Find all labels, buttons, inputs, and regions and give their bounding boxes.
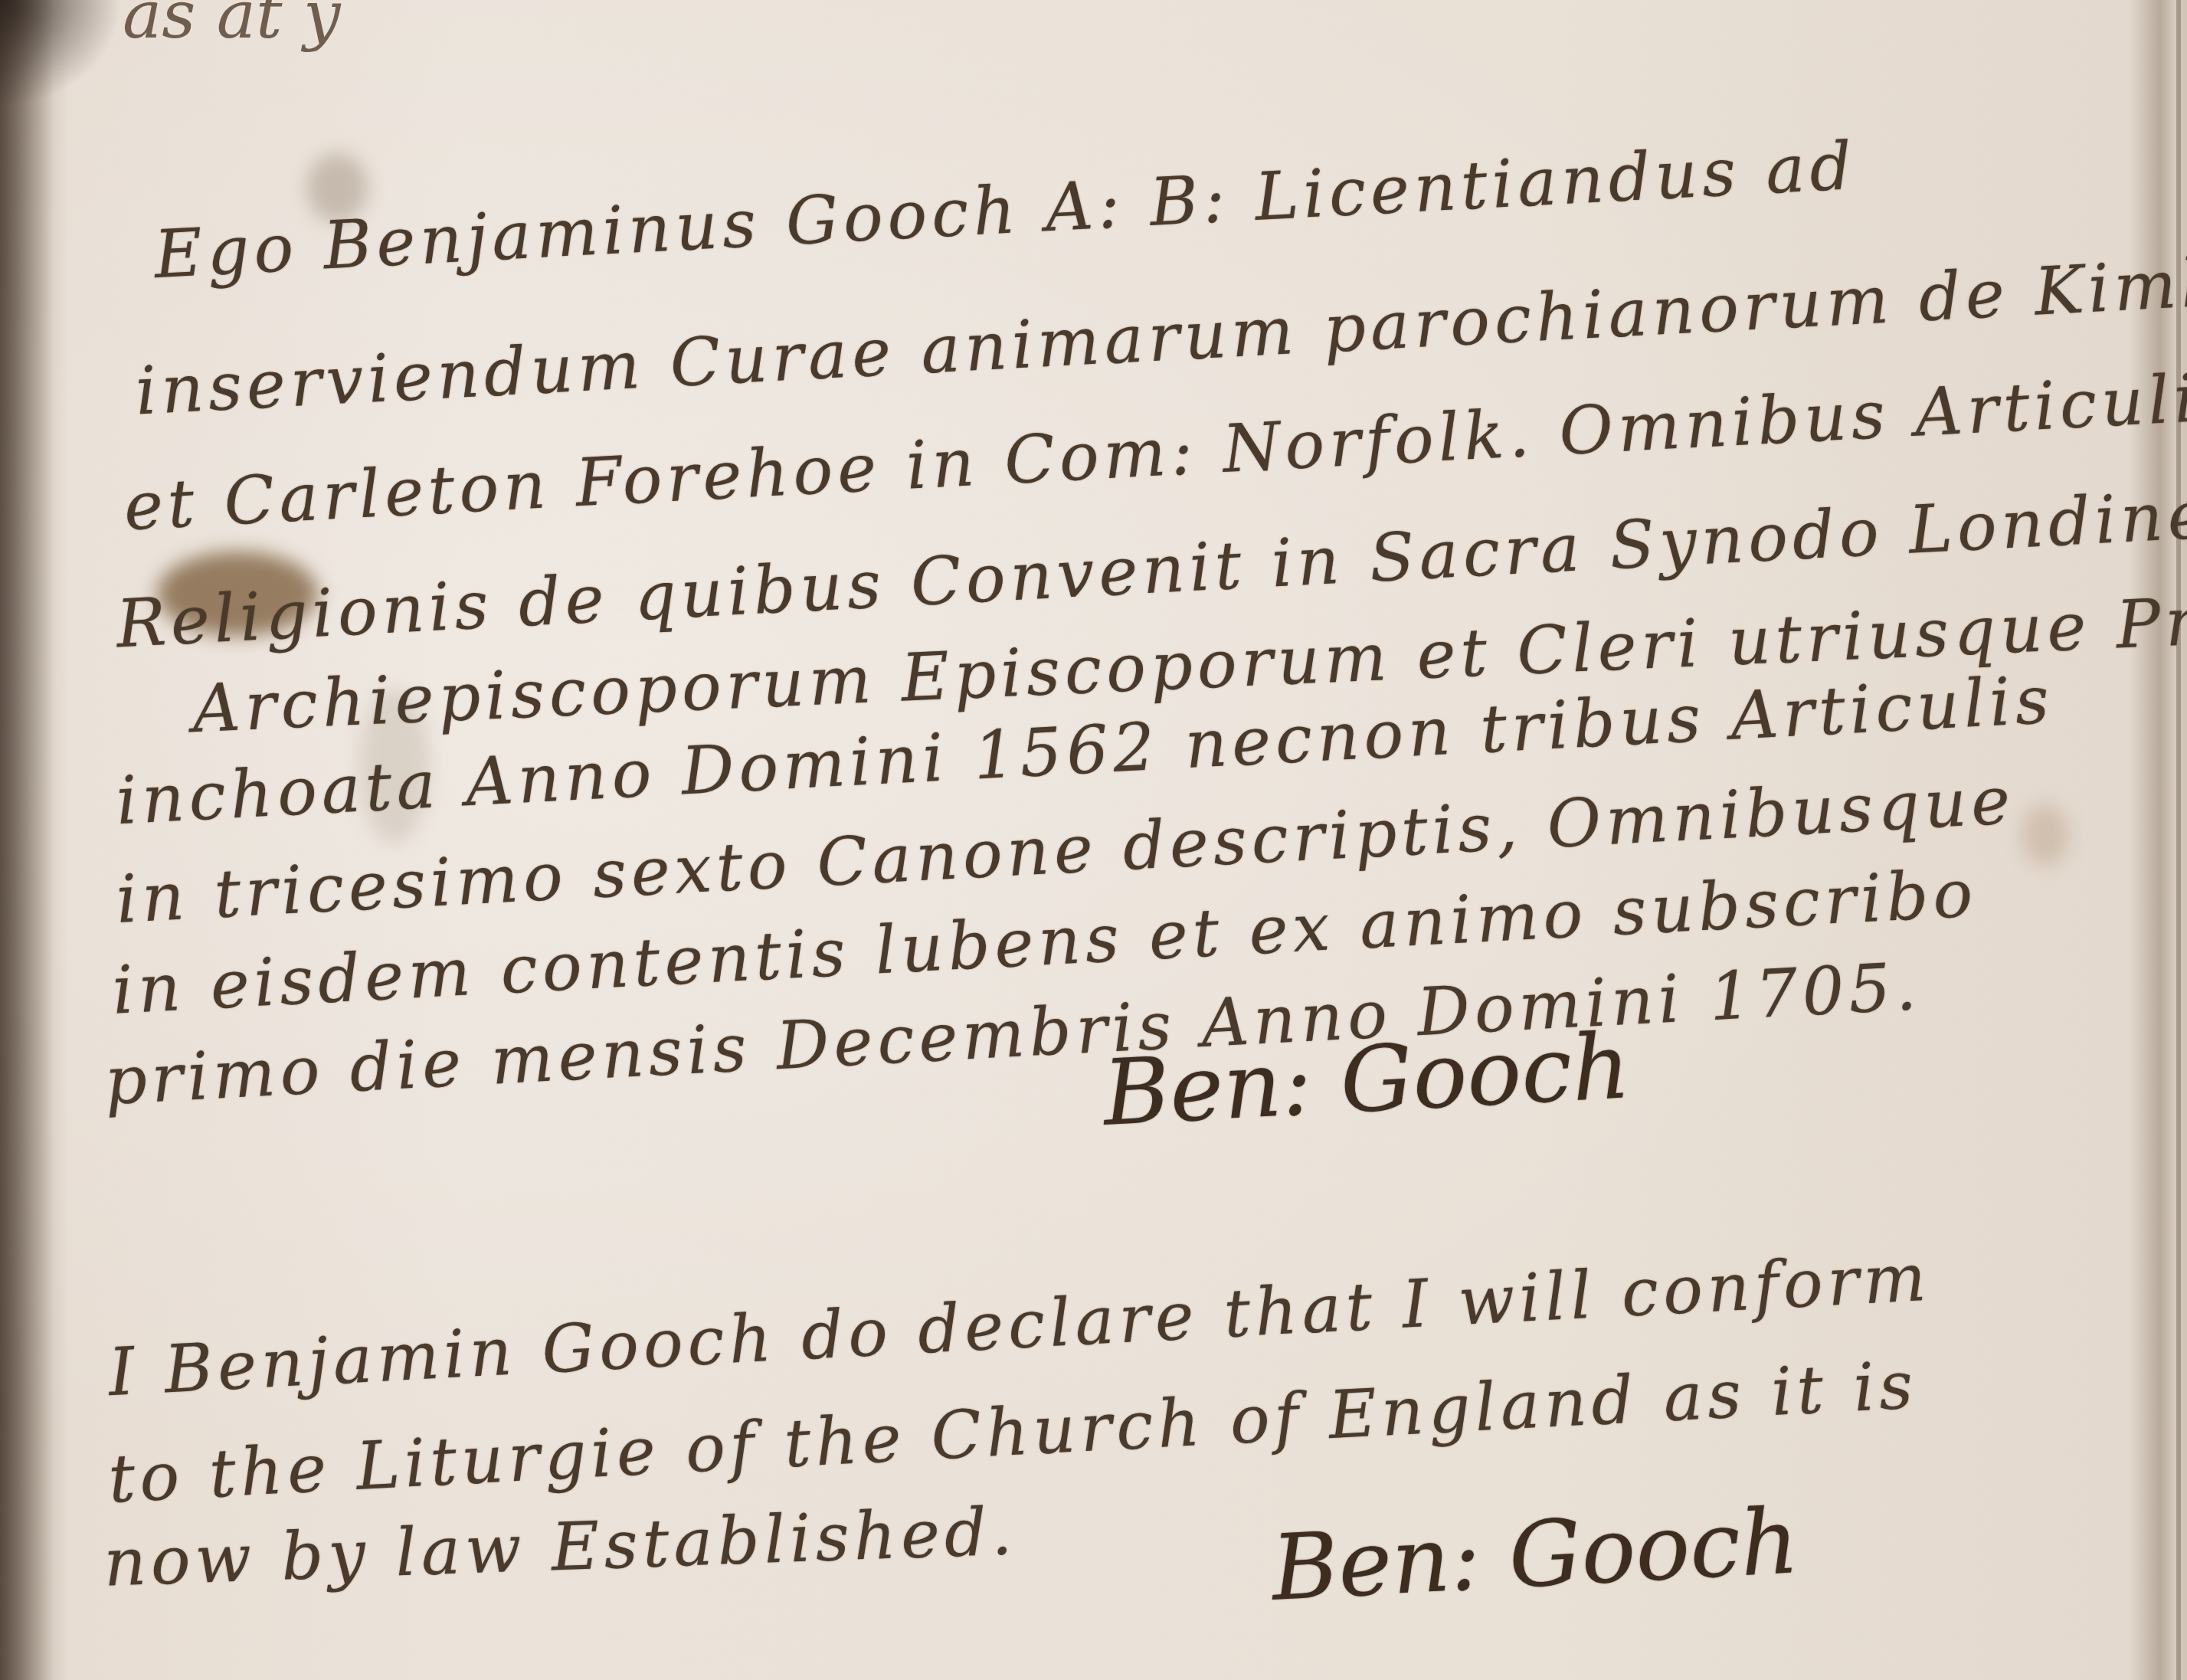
english-entry: I Benjamin Gooch do declare that I will … [0,0,2187,1680]
manuscript-page: as at y Ego Benjaminus Gooch A: B: Licen… [0,0,2187,1680]
